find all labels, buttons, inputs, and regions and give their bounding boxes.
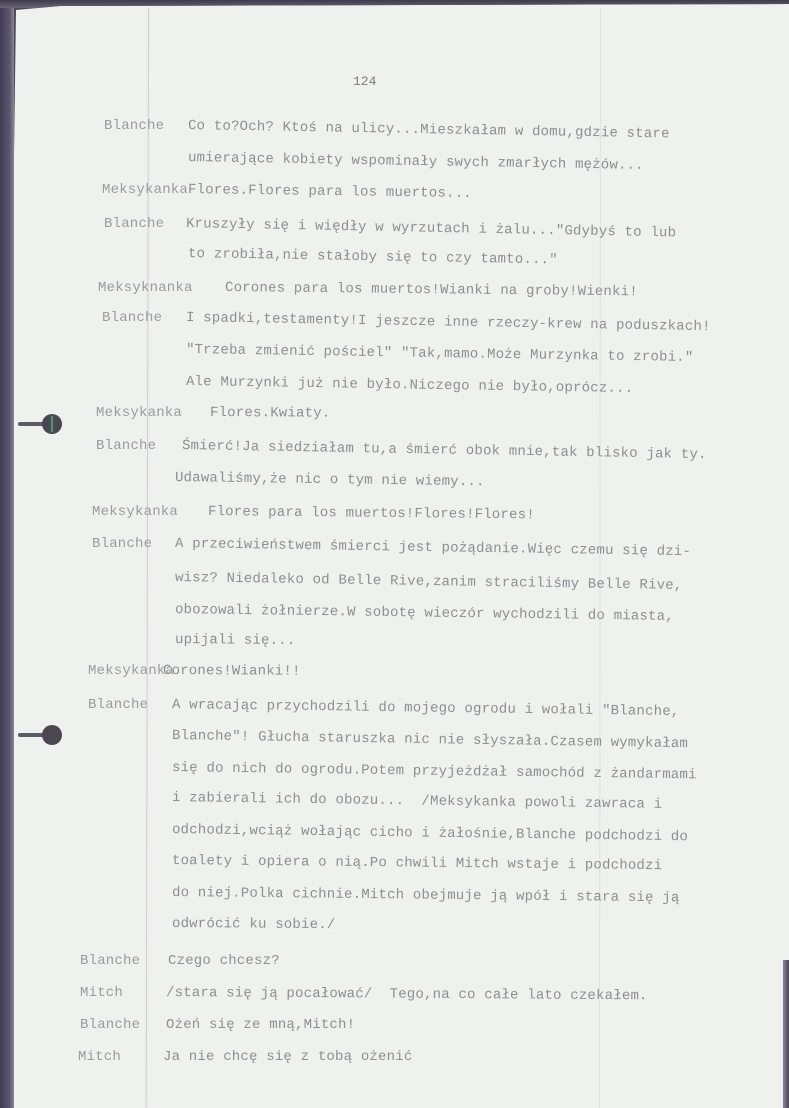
speaker-name: Mitch: [80, 985, 123, 1001]
speaker-name: Meksykanka: [102, 182, 188, 198]
dialogue-line: /stara się ją pocałować/ Tego,na co całe…: [166, 985, 648, 1004]
dialogue-line: upijali się...: [175, 632, 296, 649]
dialogue-line: odwrócić ku sobie./: [172, 916, 336, 933]
speaker-name: Blanche: [102, 310, 162, 326]
speaker-name: Mitch: [78, 1049, 121, 1065]
dialogue-line: Ja nie chcę się z tobą ożenić: [163, 1049, 412, 1065]
dialogue-line: Czego chcesz?: [168, 953, 280, 969]
speaker-name: Blanche: [92, 536, 152, 552]
scan-edge-left: [0, 0, 14, 1108]
scan-edge-right: [783, 960, 789, 1108]
binding-pin-icon: [18, 414, 62, 434]
page-number: 124: [353, 74, 376, 89]
dialogue-line: Flores.Kwiaty.: [210, 405, 331, 422]
speaker-name: Meksykanka: [92, 504, 178, 520]
speaker-name: Blanche: [80, 1017, 140, 1033]
dialogue-line: Ożeń się ze mną,Mitch!: [166, 1017, 355, 1033]
speaker-name: Blanche: [96, 438, 156, 454]
speaker-name: Blanche: [104, 216, 164, 232]
speaker-name: Meksyknanka: [98, 280, 193, 296]
speaker-name: Blanche: [88, 697, 148, 713]
dialogue-line: Corones!Wianki!!: [163, 663, 301, 680]
binding-pin-icon: [18, 725, 62, 745]
dialogue-line: Flores para los muertos!Flores!Flores!: [208, 504, 535, 523]
speaker-name: Meksykanka: [96, 405, 182, 421]
speaker-name: Blanche: [104, 118, 164, 134]
speaker-name: Meksykanka: [88, 663, 174, 679]
speaker-name: Blanche: [80, 953, 140, 969]
